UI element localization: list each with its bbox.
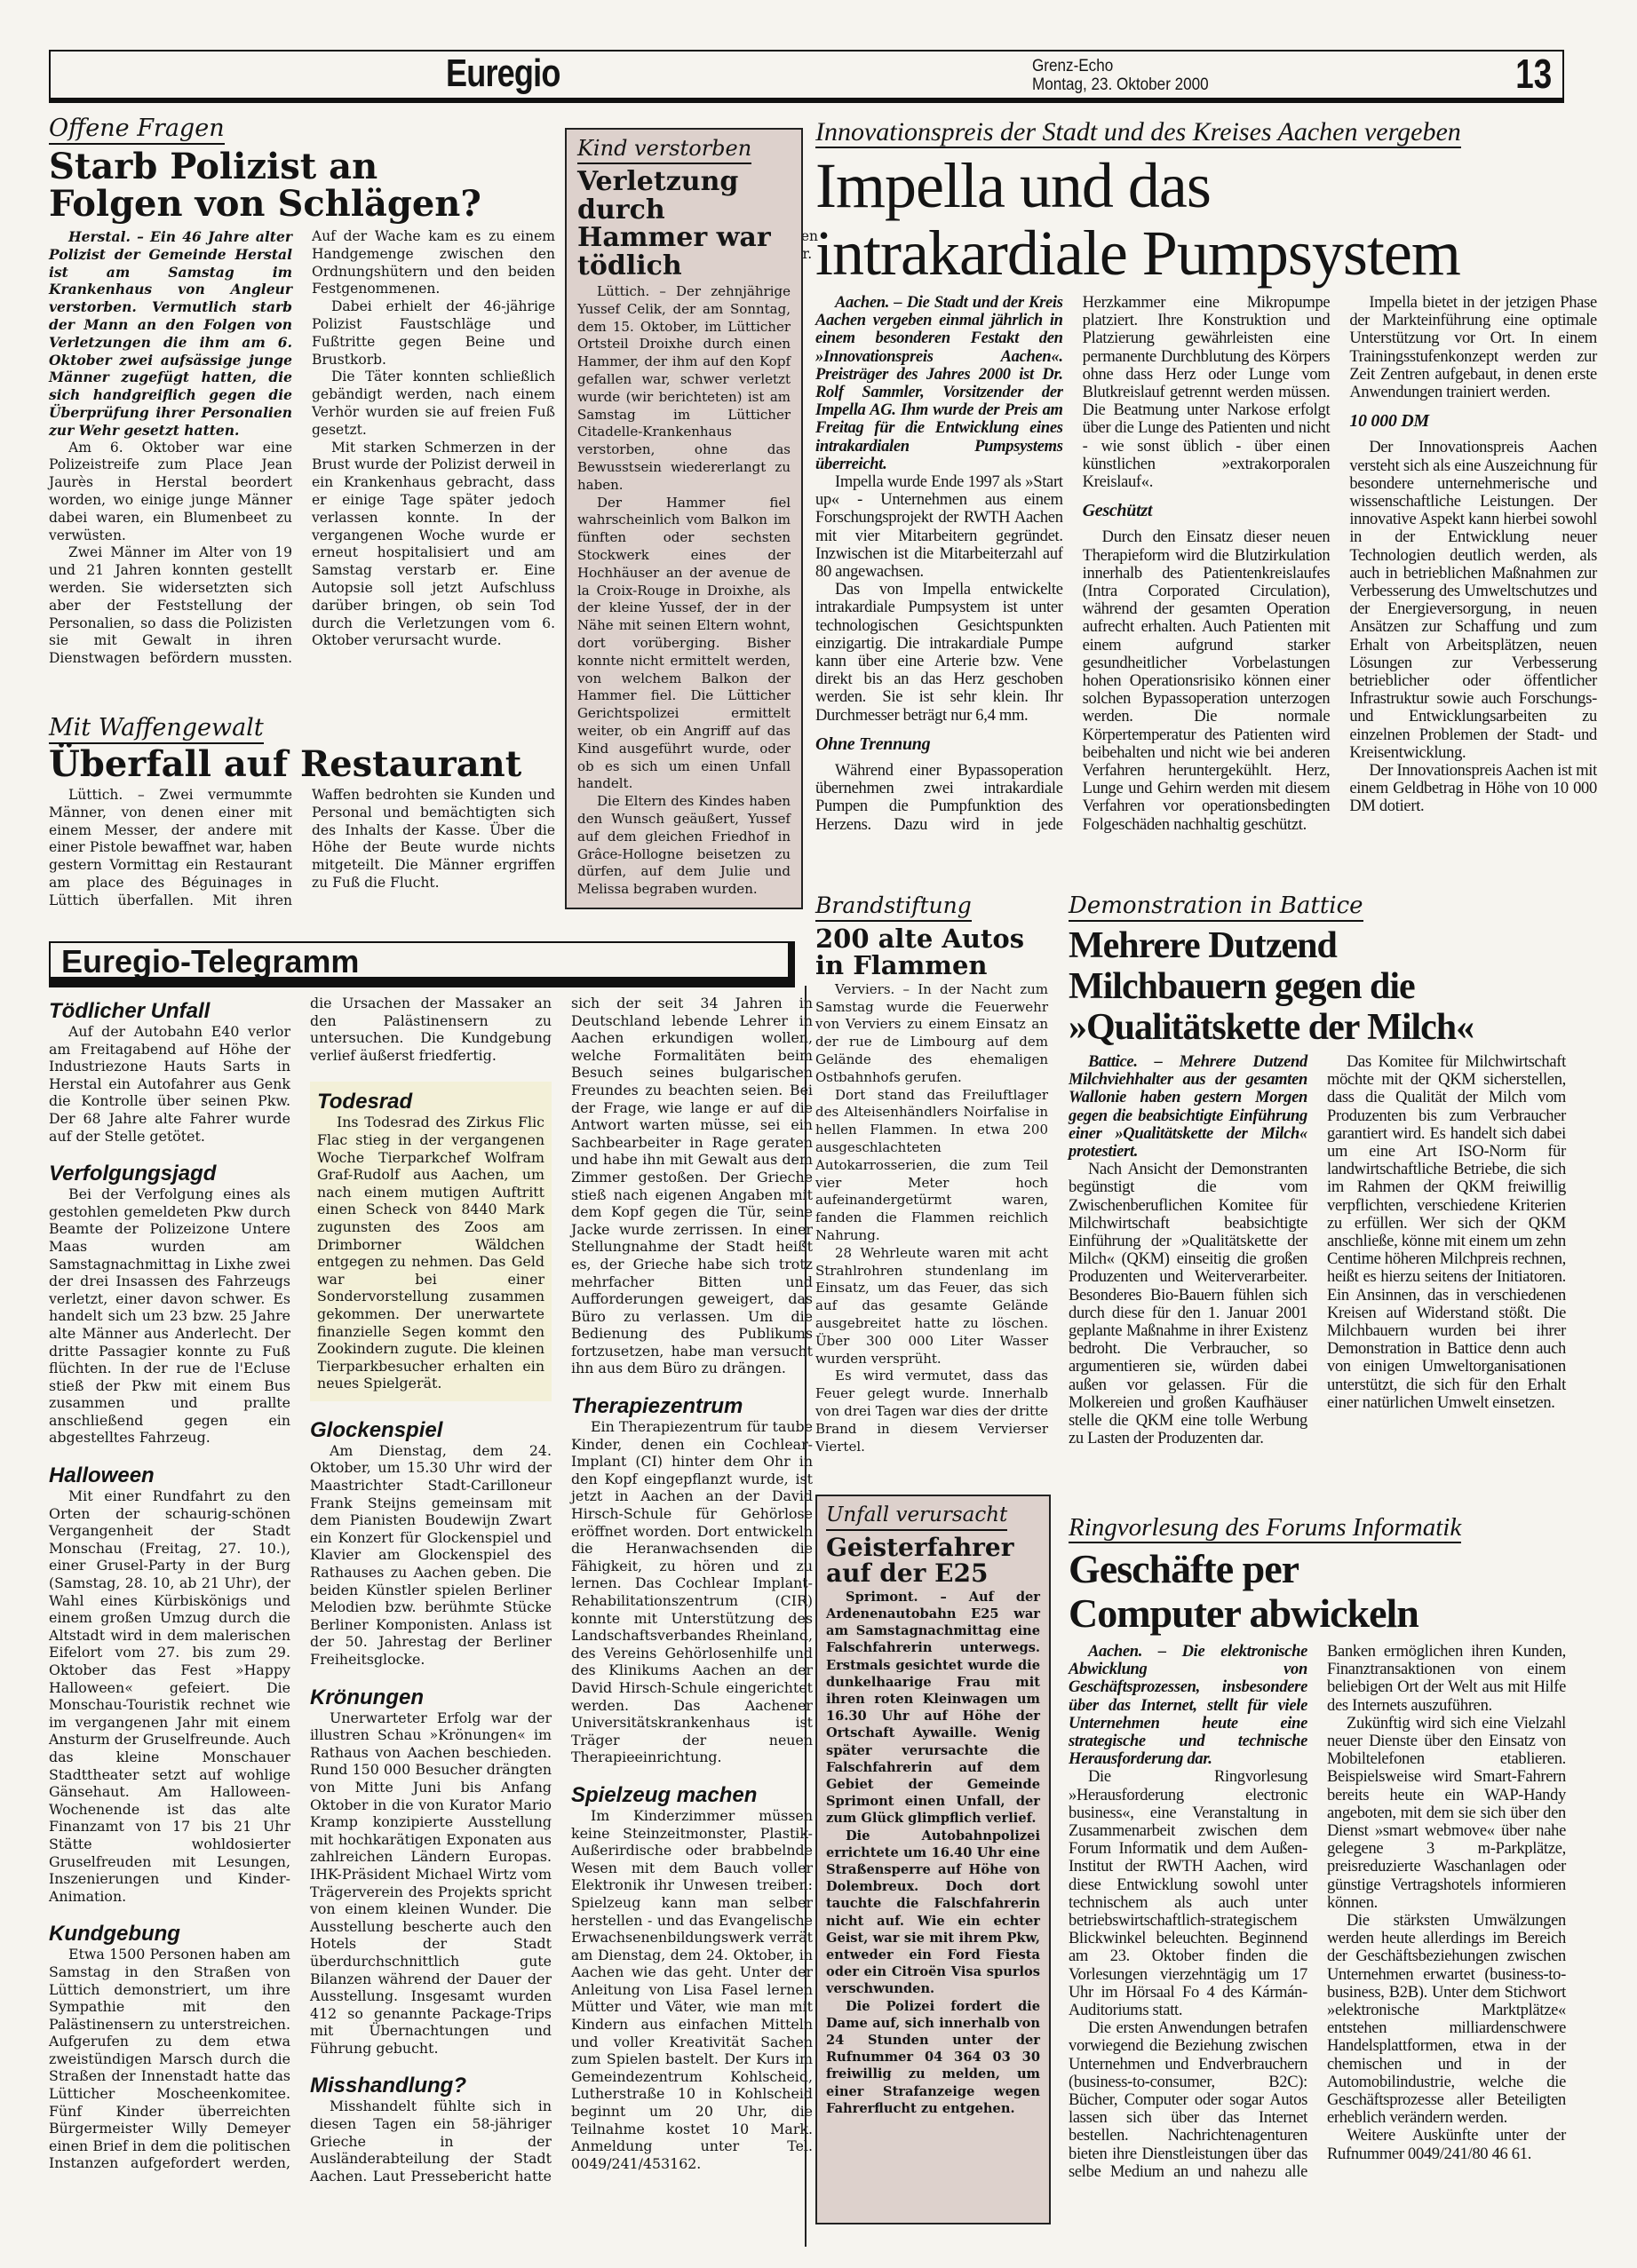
kicker: Offene Fragen — [49, 115, 225, 145]
paragraph: Am 6. Oktober war eine Polizeistreife zu… — [49, 440, 292, 545]
item-text: Im Kinderzimmer müssen keine Steinzeitmo… — [571, 1807, 813, 2172]
paragraph: Der Innovationspreis Aachen versteht sic… — [1349, 439, 1597, 762]
article-body: Battice. – Mehrere Dutzend Milchviehhalt… — [1069, 1053, 1566, 1471]
item-text: Ins Todesrad des Zirkus Flic Flac stieg … — [317, 1114, 544, 1392]
telegramm-item: Tödlicher Unfall Auf der Autobahn E40 ve… — [49, 1000, 290, 1145]
article-body: Lüttich. – Der zehnjährige Yussef Celik,… — [577, 283, 791, 899]
article-computer: Ringvorlesung des Forums Informatik Gesc… — [1069, 1514, 1566, 2229]
item-text: Unerwarteter Erfolg war der illustren Sc… — [310, 1709, 552, 2058]
article-autos: Brandstiftung 200 alte Autos in Flammen … — [815, 892, 1048, 1455]
telegramm-columns: Tödlicher Unfall Auf der Autobahn E40 ve… — [49, 995, 813, 2256]
paragraph: Impella bietet in der jetzigen Phase der… — [1349, 294, 1597, 401]
headline-line: Starb Polizist an — [49, 148, 555, 186]
paragraph: Der Innovationspreis Aachen ist mit eine… — [1349, 762, 1597, 816]
headline: Verletzung durch Hammer war tödlich — [577, 168, 791, 280]
lead-paragraph: Aachen. – Die Stadt und der Kreis Aachen… — [815, 294, 1063, 473]
paragraph: Die stärksten Umwälzungen werden heute a… — [1327, 1912, 1566, 2127]
subheading: 10 000 DM — [1349, 412, 1597, 430]
telegramm-title: Euregio-Telegramm — [61, 943, 359, 980]
headline-line: Milchbauern gegen die — [1069, 966, 1566, 1007]
paragraph: Mit starken Schmerzen in der Brust wurde… — [312, 440, 555, 651]
headline: Impella und das intrakardiale Pumpsystem — [815, 152, 1597, 287]
headline: 200 alte Autos in Flammen — [815, 925, 1048, 979]
page-number: 13 — [1515, 50, 1552, 98]
item-title: Kundgebung — [49, 1923, 290, 1946]
paragraph: 28 Wehrleute waren mit acht Strahlrohren… — [815, 1245, 1048, 1368]
article-milch: Demonstration in Battice Mehrere Dutzend… — [1069, 892, 1566, 1471]
kicker: Unfall verursacht — [826, 1502, 1007, 1531]
kicker: Innovationspreis der Stadt und des Kreis… — [815, 119, 1461, 148]
headline-line: Impella und das — [815, 152, 1597, 219]
paragraph: Die Polizei fordert die Dame auf, sich i… — [826, 1998, 1040, 2117]
item-title: Todesrad — [317, 1090, 544, 1114]
headline-line: Mehrere Dutzend — [1069, 925, 1566, 966]
lead-paragraph: Battice. – Mehrere Dutzend Milchviehhalt… — [1069, 1053, 1307, 1161]
item-text: Auf der Autobahn E40 verlor am Freitagab… — [49, 1023, 290, 1145]
paragraph: Lüttich. – Der zehnjährige Yussef Celik,… — [577, 283, 791, 495]
paragraph: Der Hammer fiel wahrscheinlich vom Balko… — [577, 495, 791, 794]
item-text: Mit einer Rundfahrt zu den Orten der sch… — [49, 1487, 290, 1905]
item-title: Spielzeug machen — [571, 1784, 813, 1807]
paragraph: Dabei erhielt der 46-jährige Polizist Fa… — [312, 298, 555, 369]
paragraph: Nach Ansicht der Demonstranten begünstig… — [1069, 1161, 1307, 1447]
page-masthead: Euregio Grenz-Echo Montag, 23. Oktober 2… — [49, 50, 1564, 103]
headline-line: Folgen von Schlägen? — [49, 186, 555, 223]
telegramm-header: Euregio-Telegramm — [49, 941, 795, 987]
headline: Starb Polizist an Folgen von Schlägen? — [49, 148, 555, 223]
item-title: Krönungen — [310, 1686, 552, 1709]
article-hammer: Kind verstorben Verletzung durch Hammer … — [565, 128, 803, 909]
kicker: Brandstiftung — [815, 892, 972, 922]
item-text: Ein Therapiezentrum für taube Kinder, de… — [571, 1418, 813, 1766]
telegramm-item: Glockenspiel Am Dienstag, dem 24. Oktobe… — [310, 1419, 552, 1669]
telegramm-item: Therapiezentrum Ein Therapiezentrum für … — [571, 1395, 813, 1766]
paragraph: Die Autobahnpolizei errichtete um 16.40 … — [826, 1828, 1040, 1998]
article-polizist: Offene Fragen Starb Polizist an Folgen v… — [49, 115, 555, 681]
paper-info: Grenz-Echo Montag, 23. Oktober 2000 — [1032, 57, 1209, 94]
item-title: Verfolgungsjagd — [49, 1162, 290, 1186]
article-body: Aachen. – Die Stadt und der Kreis Aachen… — [815, 294, 1597, 916]
paragraph: Durch den Einsatz dieser neuen Therapief… — [1083, 528, 1331, 833]
article-geisterfahrer: Unfall verursacht Geisterfahrer auf der … — [815, 1495, 1051, 2224]
item-text: Bei der Verfolgung eines als gestohlen g… — [49, 1186, 290, 1447]
paragraph: Die Täter konnten schließlich gebändigt … — [312, 369, 555, 439]
kicker: Kind verstorben — [577, 135, 751, 164]
headline: Geisterfahrer auf der E25 — [826, 1534, 1040, 1587]
paragraph: Das von Impella entwickelte intrakardial… — [815, 581, 1063, 725]
paper-name: Grenz-Echo — [1032, 57, 1209, 75]
subheading: Geschützt — [1083, 502, 1331, 519]
issue-date: Montag, 23. Oktober 2000 — [1032, 75, 1209, 94]
telegramm-item: Krönungen Unerwarteter Erfolg war der il… — [310, 1686, 552, 2058]
paragraph: Das Komitee für Milchwirtschaft möchte m… — [1327, 1053, 1566, 1412]
paragraph: Zukünftig wird sich eine Vielzahl neuer … — [1327, 1715, 1566, 1912]
item-title: Glockenspiel — [310, 1419, 552, 1442]
telegramm-item: Verfolgungsjagd Bei der Verfolgung eines… — [49, 1162, 290, 1447]
paragraph: Lüttich. – Zwei vermummte Männer, von de… — [49, 787, 555, 910]
article-body: Herstal. – Ein 46 Jahre alter Polizist d… — [49, 228, 555, 681]
kicker: Ringvorlesung des Forums Informatik — [1069, 1514, 1461, 1543]
article-restaurant: Mit Waffengewalt Überfall auf Restaurant… — [49, 715, 555, 920]
paragraph: Impella wurde Ende 1997 als »Start up« -… — [815, 473, 1063, 581]
article-body: Verviers. – In der Nacht zum Samstag wur… — [815, 981, 1048, 1456]
article-body: Lüttich. – Zwei vermummte Männer, von de… — [49, 787, 555, 920]
telegramm-item: Halloween Mit einer Rundfahrt zu den Ort… — [49, 1464, 290, 1905]
headline: Überfall auf Restaurant — [49, 746, 555, 783]
paragraph: Es wird vermutet, dass das Feuer gelegt … — [815, 1368, 1048, 1455]
lead-paragraph: Aachen. – Die elektronische Abwicklung v… — [1069, 1643, 1307, 1768]
item-title: Misshandlung? — [310, 2074, 552, 2098]
telegramm-item-highlighted: Todesrad Ins Todesrad des Zirkus Flic Fl… — [310, 1082, 552, 1401]
headline-line: »Qualitätskette der Milch« — [1069, 1007, 1566, 1048]
paragraph: Weitere Auskünfte unter der Rufnummer 00… — [1327, 2127, 1566, 2162]
paragraph: Die Eltern des Kindes haben den Wunsch g… — [577, 793, 791, 899]
headline-line: intrakardiale Pumpsystem — [815, 219, 1597, 287]
item-text: Am Dienstag, dem 24. Oktober, um 15.30 U… — [310, 1442, 552, 1669]
kicker: Mit Waffengewalt — [49, 715, 264, 744]
paragraph: Sprimont. – Auf der Ardenenautobahn E25 … — [826, 1589, 1040, 1828]
article-impella: Innovationspreis der Stadt und des Kreis… — [815, 119, 1597, 916]
headline: Geschäfte per Computer abwickeln — [1069, 1547, 1566, 1636]
kicker: Demonstration in Battice — [1069, 892, 1363, 922]
headline: Mehrere Dutzend Milchbauern gegen die »Q… — [1069, 925, 1566, 1048]
headline-line: Computer abwickeln — [1069, 1591, 1566, 1636]
item-title: Tödlicher Unfall — [49, 1000, 290, 1023]
headline-line: Geschäfte per — [1069, 1547, 1566, 1591]
lead-paragraph: Herstal. – Ein 46 Jahre alter Polizist d… — [49, 228, 292, 440]
paragraph: Dort stand das Freiluftlager des Alteise… — [815, 1087, 1048, 1245]
section-title: Euregio — [446, 52, 560, 96]
paragraph: Verviers. – In der Nacht zum Samstag wur… — [815, 981, 1048, 1087]
item-title: Halloween — [49, 1464, 290, 1487]
telegramm-item: Spielzeug machen Im Kinderzimmer müssen … — [571, 1784, 813, 2172]
paragraph: Die Ringvorlesung »Herausforderung elect… — [1069, 1768, 1307, 2019]
item-title: Therapiezentrum — [571, 1395, 813, 1418]
column-rule — [805, 986, 807, 2247]
article-body: Aachen. – Die elektronische Abwicklung v… — [1069, 1643, 1566, 2229]
subheading: Ohne Trennung — [815, 735, 1063, 753]
article-body: Sprimont. – Auf der Ardenenautobahn E25 … — [826, 1589, 1040, 2117]
